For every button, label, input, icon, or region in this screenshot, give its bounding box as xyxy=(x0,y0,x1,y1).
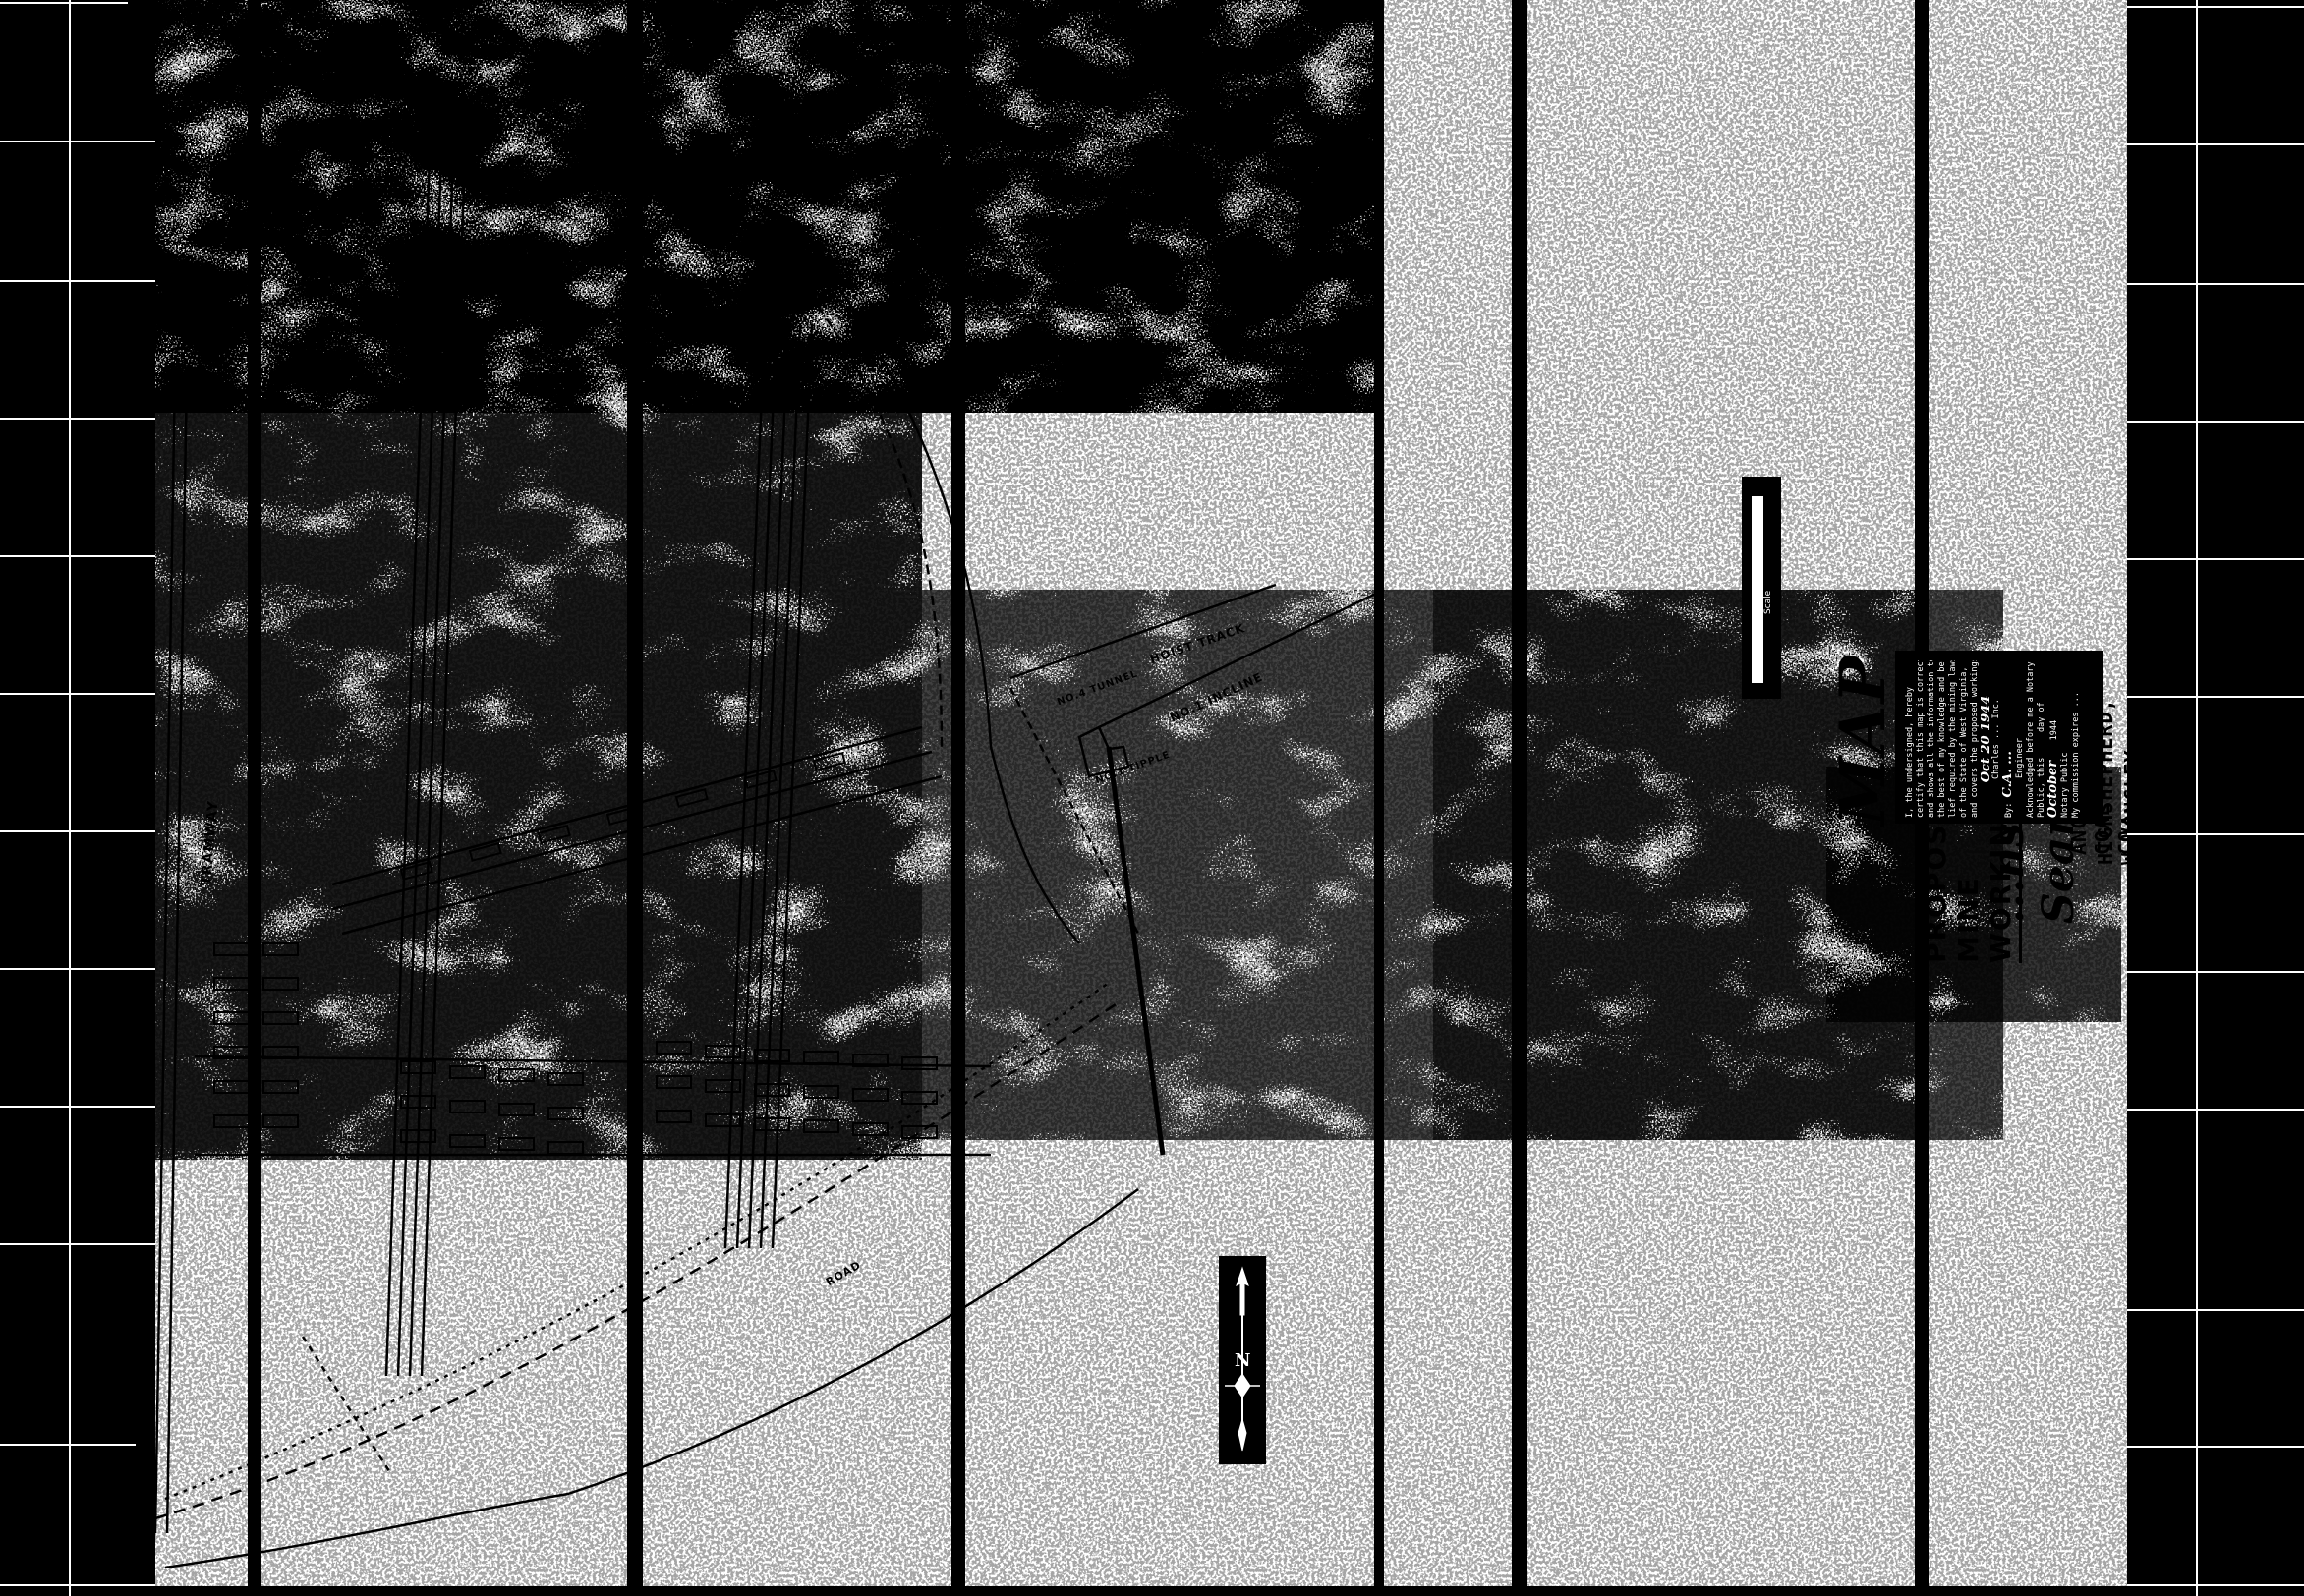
grid-line xyxy=(0,1106,155,1108)
grid-line xyxy=(0,968,155,970)
cert-role: Engineer xyxy=(2015,660,2026,818)
grid-line xyxy=(2196,0,2198,1596)
engineer-line: ...ONGLEY... xyxy=(2120,712,2127,866)
cert-line: certify that this map is correct xyxy=(1916,660,1927,818)
certification-stamp: I, the undersigned, hereby certify that … xyxy=(1895,651,2103,824)
cert-ack-year: 1944 xyxy=(2049,720,2059,740)
grid-line xyxy=(0,555,155,557)
cert-date: Oct 20 1944 xyxy=(1981,660,1991,818)
grid-line xyxy=(2127,1446,2304,1448)
scale-label: Scale xyxy=(1763,591,1773,614)
grid-line xyxy=(2127,1109,2304,1111)
grid-line xyxy=(2127,421,2304,423)
grid-line xyxy=(0,1584,155,1586)
tramway-line xyxy=(155,373,175,1533)
grid-line xyxy=(0,2,128,4)
grid-line xyxy=(2127,696,2304,698)
grid-line xyxy=(2127,1584,2304,1586)
cert-line: lief required by the mining laws xyxy=(1948,660,1959,818)
grid-line xyxy=(0,830,155,832)
cert-notary: Notary Public xyxy=(2060,660,2071,818)
grid-line xyxy=(69,0,71,1596)
cert-ack-2: Public, this ___ day of xyxy=(2037,660,2047,818)
cert-line: of the State of West Virginia, xyxy=(1959,660,1970,818)
grid-line xyxy=(2127,558,2304,560)
cert-company: Charles ... Inc. xyxy=(1991,660,2002,818)
cert-line: and covers the proposed workings. xyxy=(1970,660,1981,818)
cert-line: the best of my knowledge and be- xyxy=(1937,660,1948,818)
cert-line: and shows all the information to xyxy=(1927,660,1937,818)
grid-line xyxy=(2127,971,2304,973)
scan-margin-right xyxy=(2127,0,2304,1596)
cert-signature: C.A. ... xyxy=(2002,751,2015,797)
grid-line xyxy=(2127,283,2304,285)
north-arrow: N xyxy=(1219,1256,1266,1464)
scale-bar-graduation xyxy=(1752,496,1763,683)
grid-line xyxy=(0,1243,155,1245)
grid-line xyxy=(2127,143,2304,145)
grid-line xyxy=(0,418,155,420)
grid-line xyxy=(0,693,155,695)
cert-line: I, the undersigned, hereby xyxy=(1905,660,1916,818)
grid-line xyxy=(2127,833,2304,835)
incline-line xyxy=(1099,590,1384,727)
cert-ack-1: Acknowledged before me a Notary xyxy=(2026,660,2037,818)
north-label: N xyxy=(1235,1350,1250,1371)
scan-margin-left xyxy=(0,0,155,1596)
cert-commission: My commission expires ... xyxy=(2071,660,2082,818)
grid-line xyxy=(0,1444,136,1446)
map-title: MAP xyxy=(1826,654,1900,826)
grid-line xyxy=(0,280,155,282)
map-sheet: HOIST TRACK NO.1 INCLINE NO.4 TUNNEL NO.… xyxy=(155,0,2127,1586)
grid-line xyxy=(0,141,155,142)
grid-line xyxy=(2127,1309,2304,1311)
cert-ack-month: October xyxy=(2047,761,2060,818)
grid-line xyxy=(2127,6,2304,8)
scale-bar: Scale xyxy=(1742,477,1781,699)
cert-by-label: By: xyxy=(2004,803,2014,818)
